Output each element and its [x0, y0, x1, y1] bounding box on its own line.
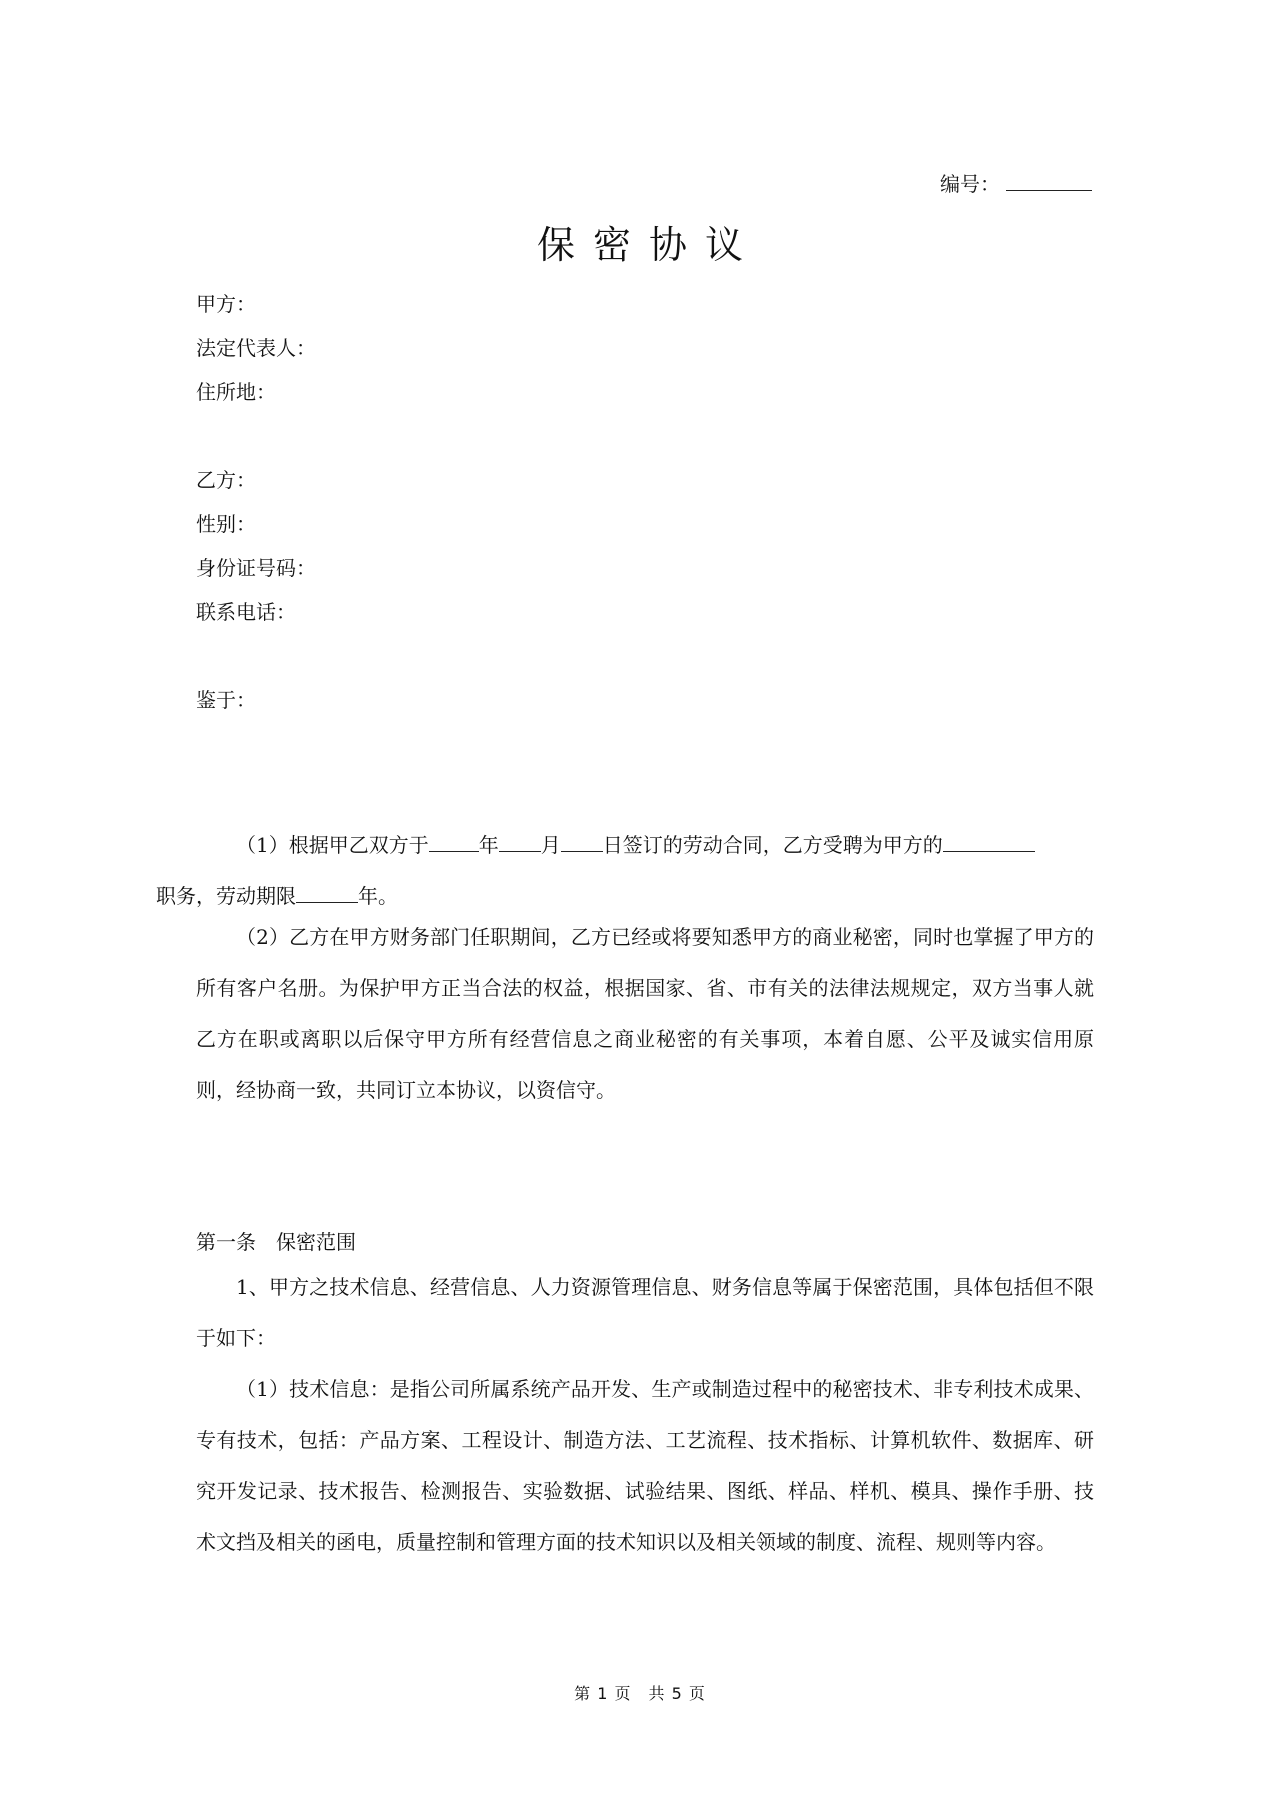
blank-month [499, 833, 541, 852]
party-b-id-number: 身份证号码： [196, 554, 316, 582]
whereas-label: 鉴于： [196, 686, 256, 714]
year-label: 年 [479, 833, 499, 857]
article-1-heading: 第一条 保密范围 [196, 1228, 356, 1256]
page-footer: 第 1 页 共 5 页 [0, 1681, 1280, 1704]
whereas-item-1-text-3: 职务，劳动期限 [156, 884, 296, 908]
whereas-item-2: （2）乙方在甲方财务部门任职期间，乙方已经或将要知悉甲方的商业秘密，同时也掌握了… [196, 912, 1094, 1116]
party-a-label: 甲方： [196, 290, 256, 318]
party-b-gender: 性别： [196, 510, 256, 538]
month-label: 月 [541, 833, 561, 857]
blank-term [296, 884, 358, 903]
whereas-item-1-text: （1）根据甲乙双方于 [236, 833, 429, 857]
blank-position [943, 833, 1035, 852]
article-1-tech-info: （1）技术信息：是指公司所属系统产品开发、生产或制造过程中的秘密技术、非专利技术… [196, 1364, 1094, 1568]
document-number-label: 编号： [940, 168, 1000, 197]
document-title: 保密协议 [0, 214, 1280, 269]
party-a-legal-rep: 法定代表人： [196, 334, 316, 362]
document-number: 编号： [940, 168, 1092, 197]
party-a-address: 住所地： [196, 378, 276, 406]
whereas-item-1: （1）根据甲乙双方于年月日签订的劳动合同，乙方受聘为甲方的 职务，劳动期限年。 [196, 820, 1094, 922]
document-page: 编号： 保密协议 甲方： 法定代表人： 住所地： 乙方： 性别： 身份证号码： … [0, 0, 1280, 1810]
party-b-label: 乙方： [196, 466, 256, 494]
document-number-blank [1006, 172, 1092, 191]
blank-day [561, 833, 603, 852]
whereas-item-1-end: 年。 [358, 884, 398, 908]
article-1-clause-1: 1、甲方之技术信息、经营信息、人力资源管理信息、财务信息等属于保密范围，具体包括… [196, 1262, 1094, 1364]
whereas-item-1-text-2: 日签订的劳动合同，乙方受聘为甲方的 [603, 833, 943, 857]
party-b-phone: 联系电话： [196, 598, 296, 626]
blank-year [429, 833, 479, 852]
